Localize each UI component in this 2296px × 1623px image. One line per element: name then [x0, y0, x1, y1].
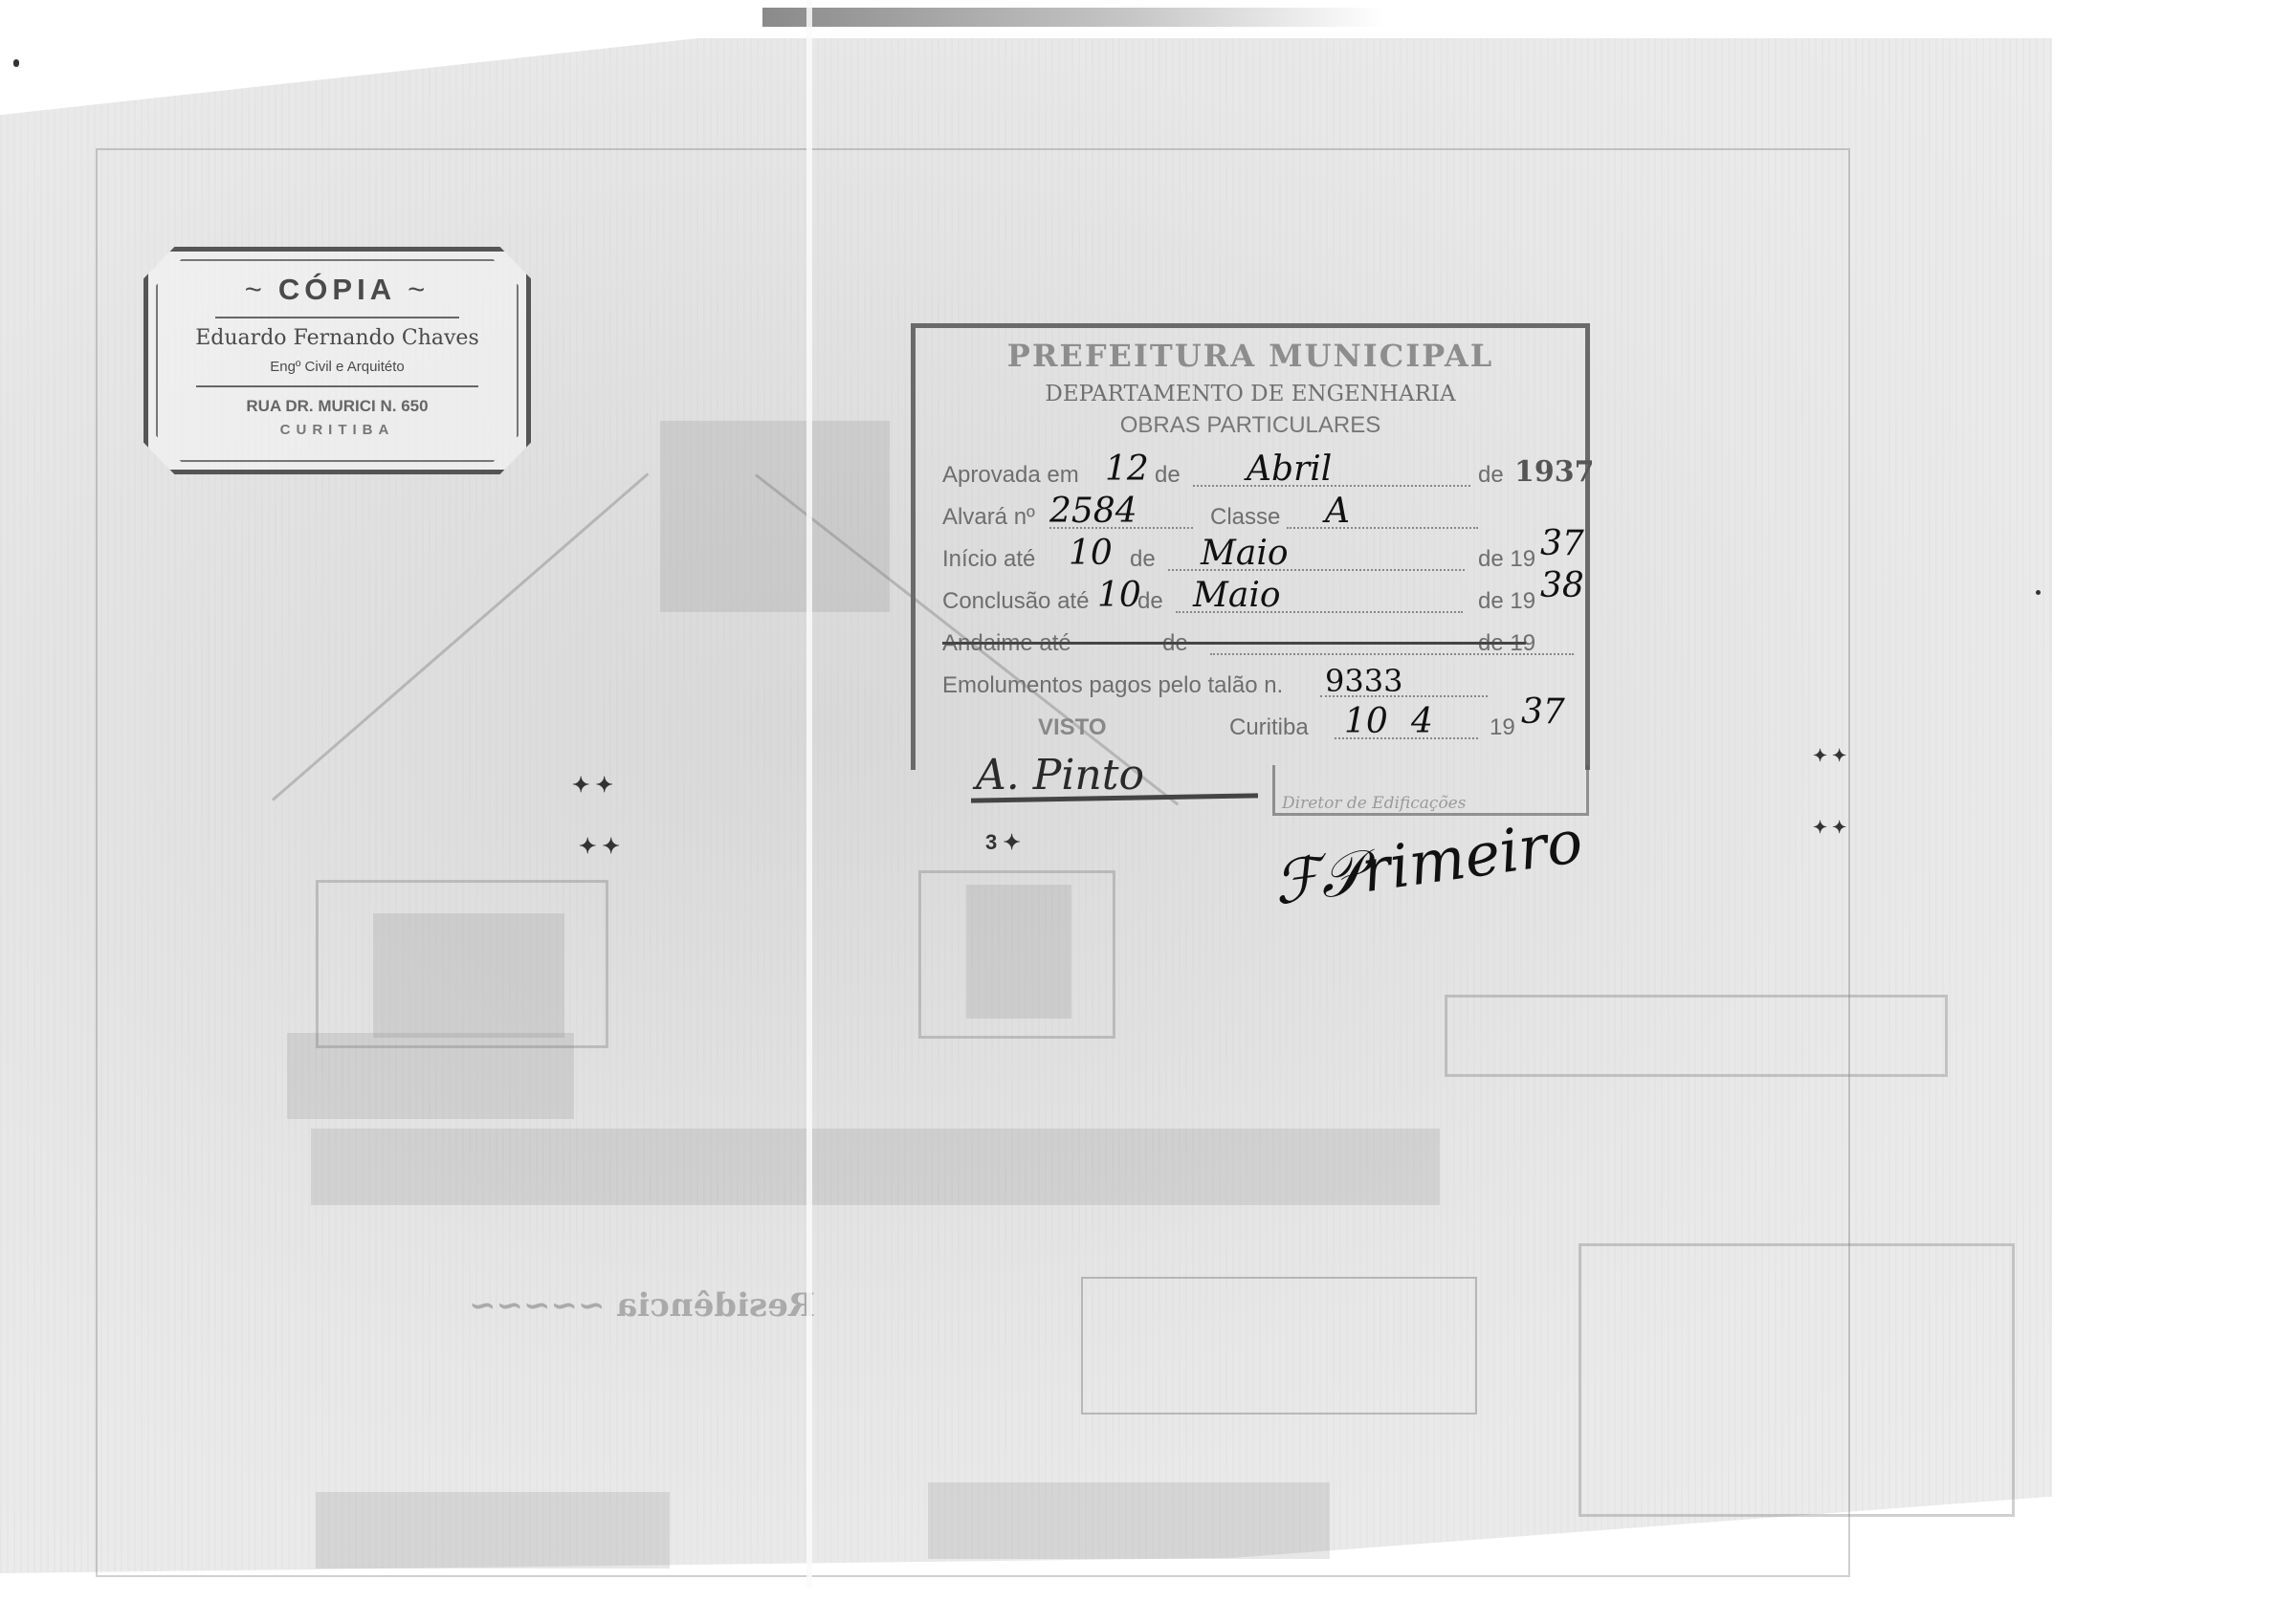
andaime-strikethrough	[942, 642, 1526, 645]
inicio-label: Início até	[942, 546, 1035, 573]
conclusao-label: Conclusão até	[942, 588, 1089, 615]
approved-de: de	[1155, 462, 1181, 489]
emolumentos-dots	[1320, 695, 1488, 697]
drawing-bottom-center-structure	[928, 1482, 1330, 1559]
visto-label: VISTO	[1038, 714, 1107, 741]
conclusao-year: 38	[1540, 566, 1584, 605]
inicio-day: 10	[1069, 534, 1113, 573]
conclusao-dots	[1176, 611, 1463, 613]
conclusao-de: de	[1137, 588, 1163, 615]
copy-stamp-divider-2	[196, 385, 478, 387]
inicio-de: de	[1130, 546, 1156, 573]
approved-month: Abril	[1247, 450, 1332, 489]
visto-dots	[1335, 737, 1478, 739]
approval-stamp-header: PREFEITURA MUNICIPAL	[916, 338, 1585, 374]
approved-label: Aprovada em	[942, 462, 1079, 489]
mark-left: ✦ ✦	[572, 773, 613, 798]
mark-center-number: 3	[985, 830, 997, 854]
visto-place: Curitiba	[1229, 714, 1309, 741]
alvara-number: 2584	[1049, 492, 1137, 531]
inicio-de2: de 19	[1478, 546, 1535, 573]
emolumentos-label: Emolumentos pagos pelo talão n.	[942, 672, 1283, 699]
mark-right-2: ✦ ✦	[1813, 818, 1846, 838]
conclusao-month: Maio	[1193, 576, 1281, 615]
inicio-month: Maio	[1201, 534, 1289, 573]
drawing-bottom-left-structure	[316, 1492, 670, 1568]
fold-line	[806, 0, 812, 1588]
drawing-wall-base	[311, 1129, 1440, 1205]
conclusao-day: 10	[1097, 576, 1141, 615]
andaime-row: Andaime até de de 19	[942, 619, 1566, 661]
conclusao-row: Conclusão até 10 de Maio de 19 38	[942, 577, 1566, 619]
mark-right: ✦ ✦	[1813, 746, 1846, 766]
approval-stamp-department: DEPARTAMENTO DE ENGENHARIA	[916, 382, 1585, 406]
copy-stamp-city: CURITIBA	[148, 422, 526, 438]
copy-stamp-profession: Engº Civil e Arquitéto	[148, 359, 526, 375]
copy-stamp-name: Eduardo Fernando Chaves	[148, 326, 526, 350]
approved-year: 1937	[1514, 455, 1595, 489]
alvara-label: Alvará nº	[942, 504, 1035, 531]
emolumentos-row: Emolumentos pagos pelo talão n. 9333	[942, 661, 1566, 703]
approval-stamp: PREFEITURA MUNICIPAL DEPARTAMENTO DE ENG…	[911, 323, 1590, 770]
visto-row: VISTO Curitiba 10 4 19 37	[942, 703, 1566, 745]
approved-de2: de	[1478, 462, 1504, 489]
speck	[13, 59, 19, 67]
copy-stamp-address: RUA DR. MURICI N. 650	[148, 397, 526, 416]
classe-label: Classe	[1210, 504, 1280, 531]
inicio-dots	[1168, 569, 1465, 571]
mark-left-2: ✦ ✦	[579, 834, 620, 859]
drawing-window-left-panes	[373, 913, 564, 1038]
mirrored-title-text: Residência ~~~~~	[469, 1286, 815, 1325]
mark-center: 3 ✦	[985, 830, 1021, 855]
drawing-right-elevation	[1578, 1243, 2015, 1517]
faint-stamp-right	[1445, 995, 1948, 1077]
visto-month: 4	[1411, 702, 1433, 741]
emolumentos-number: 9333	[1325, 663, 1402, 699]
drawing-gable	[660, 421, 890, 612]
speck	[2036, 590, 2041, 595]
approval-stamp-section: OBRAS PARTICULARES	[916, 412, 1585, 439]
inicio-year: 37	[1540, 524, 1584, 563]
drawing-balcony	[287, 1033, 574, 1119]
alvara-dots	[1049, 527, 1193, 529]
visto-year-prefix: 19	[1490, 714, 1515, 741]
approved-date-row: Aprovada em 12 de Abril de 1937	[942, 450, 1566, 493]
approved-dots	[1193, 485, 1470, 487]
mirrored-nota-stamp	[1081, 1277, 1477, 1415]
copy-stamp-title: CÓPIA	[148, 273, 526, 307]
copy-stamp-divider	[215, 317, 459, 318]
approved-day: 12	[1105, 450, 1149, 489]
conclusao-de2: de 19	[1478, 588, 1535, 615]
inicio-row: Início até 10 de Maio de 19 37	[942, 535, 1566, 577]
visto-signature: A. Pinto	[976, 751, 1144, 800]
visto-year: 37	[1521, 692, 1565, 732]
director-caption: Diretor de Edificações	[1282, 794, 1466, 813]
drawing-window-center-panes	[966, 885, 1071, 1019]
paper-top-edge-shadow	[762, 8, 1384, 27]
classe-dots	[1287, 527, 1478, 529]
copy-stamp: CÓPIA Eduardo Fernando Chaves Engº Civil…	[143, 247, 531, 474]
alvara-row: Alvará nº 2584 Classe A	[942, 493, 1566, 535]
visto-day: 10	[1344, 702, 1388, 741]
classe-value: A	[1325, 492, 1350, 531]
